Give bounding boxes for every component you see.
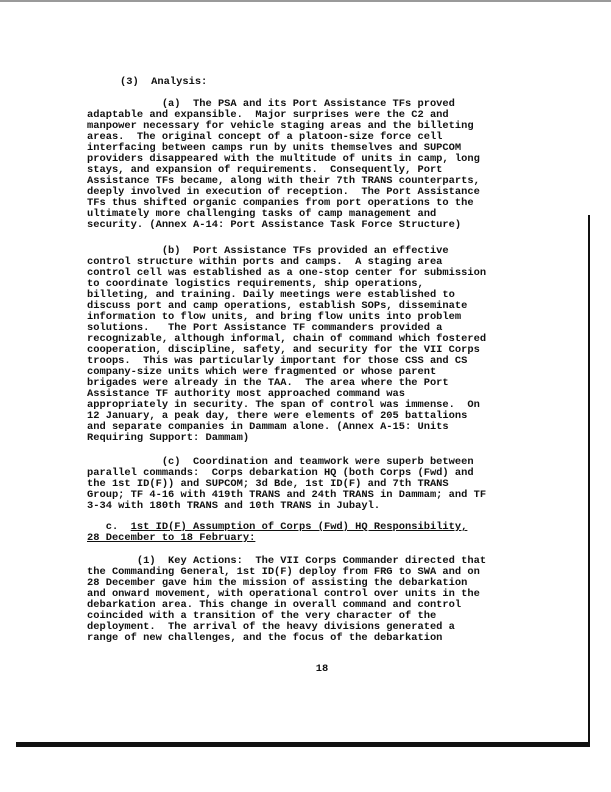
text-line: Requiring Support: Dammam) (87, 433, 486, 444)
top-scan-edge (0, 0, 611, 2)
section-c-title-line2: 28 December to 18 February: (87, 533, 467, 544)
text-line: security. (Annex A-14: Port Assistance T… (87, 220, 480, 231)
bottom-border-line (16, 742, 590, 747)
paragraph-1-key-actions: (1) Key Actions: The VII Corps Commander… (87, 556, 486, 644)
section-heading-analysis: (3) Analysis: (120, 77, 207, 88)
section-c-heading: c. 1st ID(F) Assumption of Corps (Fwd) H… (87, 522, 467, 544)
right-border-line (588, 215, 590, 747)
paragraph-c: (c) Coordination and teamwork were super… (87, 457, 486, 512)
paragraph-b: (b) Port Assistance TFs provided an effe… (87, 246, 486, 444)
text-line: range of new challenges, and the focus o… (87, 633, 486, 644)
page-number: 18 (87, 664, 557, 675)
text-line: 3-34 with 180th TRANS and 10th TRANS in … (87, 501, 486, 512)
paragraph-a: (a) The PSA and its Port Assistance TFs … (87, 99, 480, 231)
